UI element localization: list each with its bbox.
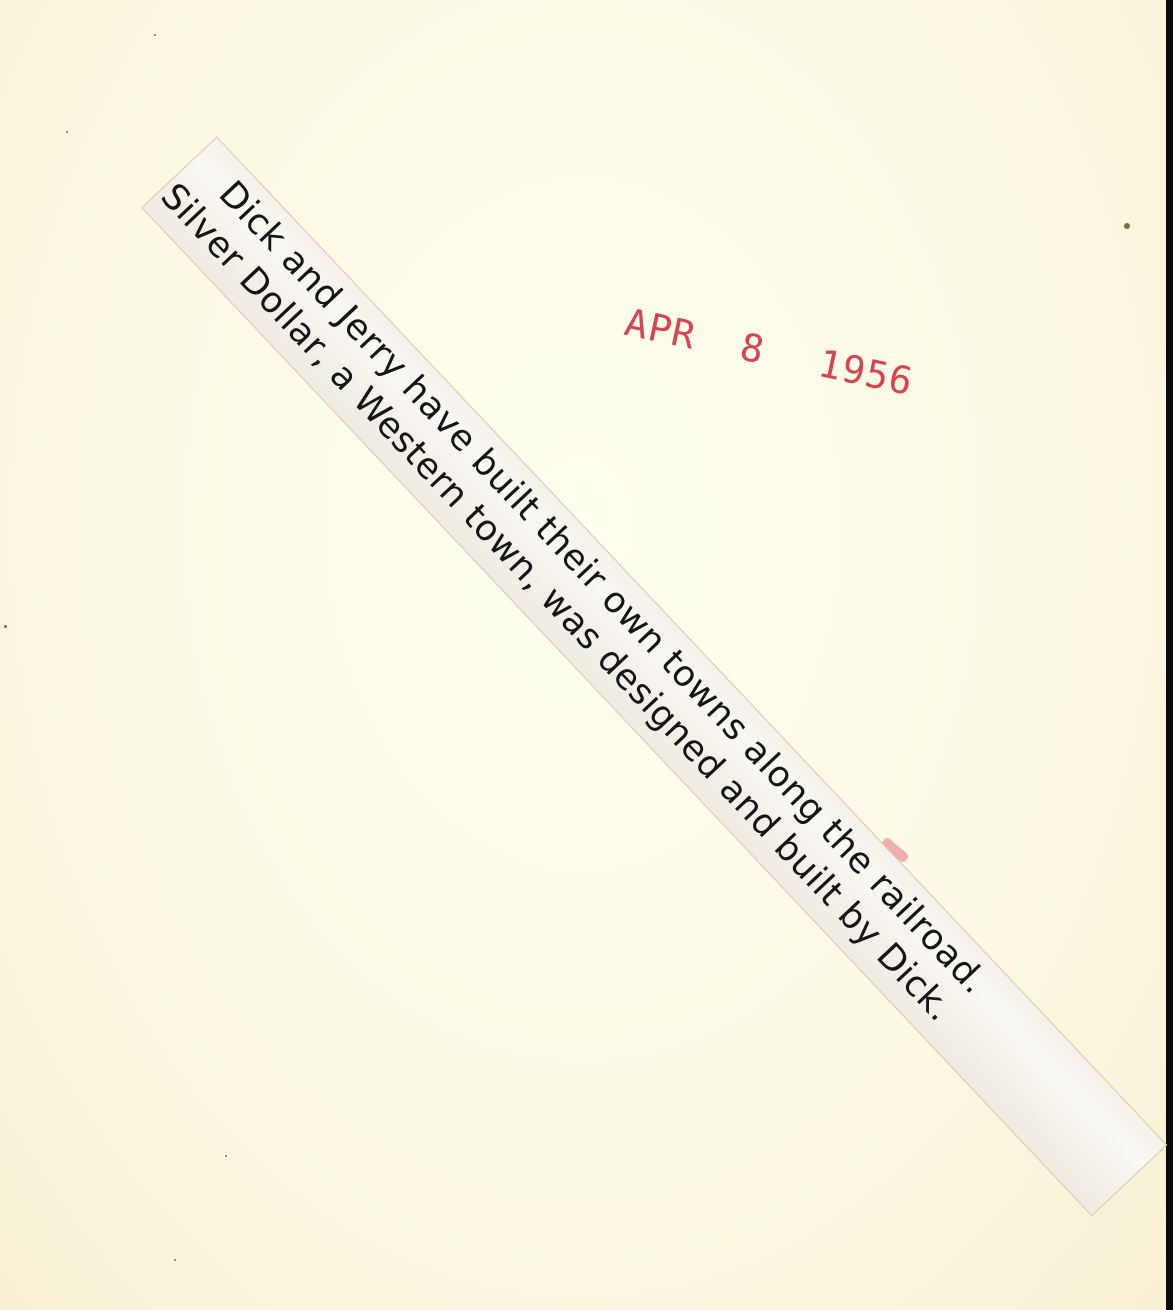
dust-speck — [174, 1259, 176, 1261]
dust-speck — [4, 625, 7, 628]
dust-speck — [154, 34, 156, 36]
scan-edge-border — [1166, 0, 1173, 1310]
stain-speck — [1124, 223, 1130, 229]
dust-speck — [225, 1155, 227, 1157]
dust-speck — [66, 131, 68, 133]
